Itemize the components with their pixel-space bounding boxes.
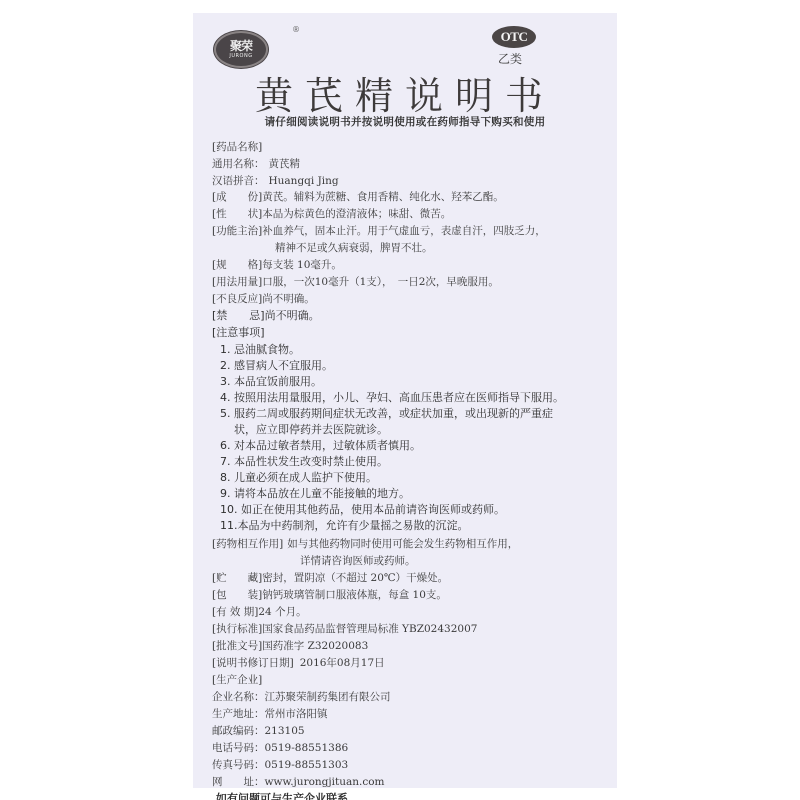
adverse-label: [不良反应] [212,292,262,306]
dosage-row: [用法用量]口服，一次10毫升（1支）， 一日2次，早晚服用。 [212,275,499,289]
dosage-value: 口服，一次10毫升（1支）， 一日2次，早晚服用。 [262,276,499,288]
indications-label: [功能主治] [212,224,262,238]
address-label: 生产地址： [212,707,265,721]
approval-label: [批准文号] [212,639,262,653]
storage-value: 密封，置阴凉（不超过 20℃）干燥处。 [262,572,448,584]
fax-value: 0519-88551303 [265,759,349,771]
properties-label: [性 状] [212,207,262,221]
contra-label: [禁 忌] [212,309,265,323]
precaution-item: 7. 本品性状发生改变时禁止使用。 [220,455,388,469]
storage-label: [贮 藏] [212,571,262,585]
website-label: 网 址： [212,775,265,789]
fax-label: 传真号码： [212,758,265,772]
indications-row: [功能主治]补血养气，固本止汗。用于气虚血亏，表虚自汗，四肢乏力， [212,224,546,238]
validity-value: 24 个月。 [258,606,306,618]
logo-subtext: JURONG [229,53,252,59]
document-title: 黄芪精说明书 [250,74,560,118]
indications-value-line1: 补血养气，固本止汗。用于气虚血亏，表虚自汗，四肢乏力， [262,225,546,237]
brand-logo: 聚荣 JURONG [214,31,268,68]
revision-row: [说明书修订日期]2016年08月17日 [212,656,385,670]
generic-name-value: 黄芪精 [269,158,301,170]
precaution-item: 9. 请将本品放在儿童不能接触的地方。 [220,487,410,501]
pinyin-value: Huangqi Jing [269,175,339,187]
ingredients-row: [成 份]黄芪。辅料为蔗糖、食用香精、纯化水、羟苯乙酯。 [212,190,504,204]
interaction-value-line2: 详情请咨询医师或药师。 [300,554,416,568]
company-name-value: 江苏聚荣制药集团有限公司 [265,691,391,703]
contra-value: 尚不明确。 [265,309,320,322]
company-name-label: 企业名称： [212,690,265,704]
revision-value: 2016年08月17日 [300,657,385,669]
interaction-label: [药物相互作用] [212,537,283,551]
spec-row: [规 格]每支装 10毫升。 [212,258,342,272]
logo-text: 聚荣 [230,40,252,53]
precaution-item-continued: 状，应立即停药并去医院就诊。 [234,423,388,437]
precaution-item: 11.本品为中药制剂，允许有少量摇之易散的沉淀。 [220,519,469,533]
registered-mark: ® [292,25,300,34]
approval-row: [批准文号]国药准字 Z32020083 [212,639,368,653]
pinyin-row: 汉语拼音：Huangqi Jing [212,174,339,188]
document-subtitle: 请仔细阅读说明书并按说明使用或在药师指导下购买和使用 [240,114,570,129]
section-drug-name: [药品名称] [212,140,262,154]
precaution-item: 1. 忌油腻食物。 [220,343,300,357]
section-precautions: [注意事项] [212,326,265,340]
adverse-value: 尚不明确。 [262,293,315,305]
precaution-item: 4. 按照用法用量服用，小儿、孕妇、高血压患者应在医师指导下服用。 [220,391,564,405]
address-value: 常州市洛阳镇 [265,708,328,720]
properties-value: 本品为棕黄色的澄清液体；味甜、微苦。 [262,208,451,220]
standard-label: [执行标准] [212,622,262,636]
contra-row: [禁 忌]尚不明确。 [212,309,320,323]
precaution-item: 6. 对本品过敏者禁用，过敏体质者慎用。 [220,439,421,453]
generic-name-label: 通用名称： [212,157,265,171]
revision-label: [说明书修订日期] [212,656,294,670]
ingredients-label: [成 份] [212,190,262,204]
pinyin-label: 汉语拼音： [212,174,265,188]
generic-name-row: 通用名称：黄芪精 [212,157,300,171]
section-manufacturer: [生产企业] [212,673,262,687]
package-label: [包 装] [212,588,262,602]
postcode-value: 213105 [265,725,305,737]
contact-note: 如有问题可与生产企业联系 [216,792,348,800]
phone-row: 电话号码：0519-88551386 [212,741,348,755]
website-row: 网 址：www.jurongjituan.com [212,775,385,789]
postcode-label: 邮政编码： [212,724,265,738]
validity-row: [有 效 期]24 个月。 [212,605,307,619]
fax-row: 传真号码：0519-88551303 [212,758,348,772]
ingredients-value: 黄芪。辅料为蔗糖、食用香精、纯化水、羟苯乙酯。 [262,191,504,203]
interaction-row: [药物相互作用]如与其他药物同时使用可能会发生药物相互作用， [212,537,518,551]
precaution-item: 5. 服药二周或服药期间症状无改善，或症状加重，或出现新的严重症 [220,407,553,421]
precaution-item: 3. 本品宜饭前服用。 [220,375,322,389]
phone-label: 电话号码： [212,741,265,755]
indications-value-line2: 精神不足或久病衰弱，脾胃不壮。 [275,241,433,255]
properties-row: [性 状]本品为棕黄色的澄清液体；味甜、微苦。 [212,207,451,221]
company-name-row: 企业名称：江苏聚荣制药集团有限公司 [212,690,391,704]
interaction-value-line1: 如与其他药物同时使用可能会发生药物相互作用， [287,538,518,550]
standard-value: 国家食品药品监督管理局标准 YBZ02432007 [262,623,477,635]
phone-value: 0519-88551386 [265,742,349,754]
approval-value: 国药准字 Z32020083 [262,640,368,652]
spec-value: 每支装 10毫升。 [262,259,342,271]
validity-label: [有 效 期] [212,605,258,619]
postcode-row: 邮政编码：213105 [212,724,305,738]
otc-class-label: 乙类 [498,50,522,67]
storage-row: [贮 藏]密封，置阴凉（不超过 20℃）干燥处。 [212,571,448,585]
dosage-label: [用法用量] [212,275,262,289]
precaution-item: 10. 如正在使用其他药品，使用本品前请咨询医师或药师。 [220,503,505,517]
otc-badge: OTC [492,26,536,48]
package-row: [包 装]钠钙玻璃管制口服液体瓶，每盒 10支。 [212,588,447,602]
package-value: 钠钙玻璃管制口服液体瓶，每盒 10支。 [262,589,447,601]
address-row: 生产地址：常州市洛阳镇 [212,707,328,721]
adverse-row: [不良反应]尚不明确。 [212,292,315,306]
standard-row: [执行标准]国家食品药品监督管理局标准 YBZ02432007 [212,622,477,636]
spec-label: [规 格] [212,258,262,272]
precaution-item: 2. 感冒病人不宜服用。 [220,359,333,373]
website-value: www.jurongjituan.com [265,776,385,788]
precaution-item: 8. 儿童必须在成人监护下使用。 [220,471,377,485]
